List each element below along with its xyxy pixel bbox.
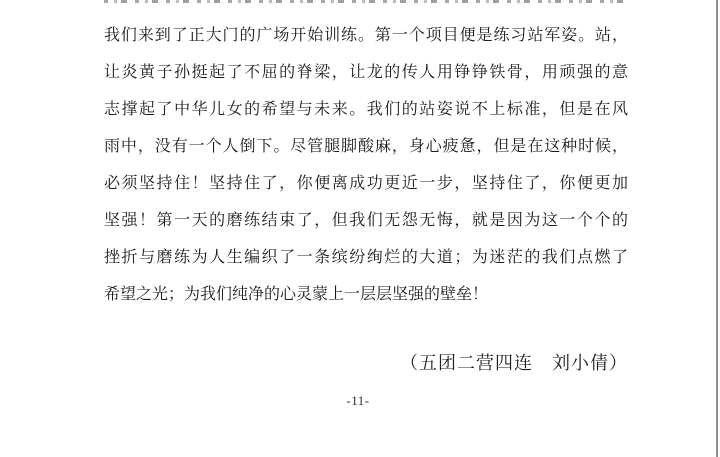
page-number: -11- <box>96 393 620 409</box>
paragraph-line: 希望之光；为我们纯净的心灵蒙上一层层坚强的壁垒！ <box>104 276 628 313</box>
paragraph-line: 雨中，没有一个人倒下。尽管腿脚酸麻，身心疲惫，但是在这种时候， <box>104 128 628 165</box>
paragraph-line: 志撑起了中华儿女的希望与未来。我们的站姿说不上标准，但是在风 <box>104 91 628 128</box>
document-page: 我们来到了正大门的广场开始训练。第一个项目便是练习站军姿。站， 让炎黄子孙挺起了… <box>0 0 720 457</box>
window-edge-divider <box>716 0 718 457</box>
author-signature: （五团二营四连 刘小倩） <box>104 351 628 375</box>
paragraph-line: 坚强！第一天的磨练结束了，但我们无怨无悔，就是因为这一个个的 <box>104 202 628 239</box>
essay-paragraph: 我们来到了正大门的广场开始训练。第一个项目便是练习站军姿。站， 让炎黄子孙挺起了… <box>104 17 628 313</box>
paragraph-line: 让炎黄子孙挺起了不屈的脊梁，让龙的传人用铮铮铁骨，用顽强的意 <box>104 54 628 91</box>
paragraph-line: 我们来到了正大门的广场开始训练。第一个项目便是练习站军姿。站， <box>104 17 628 54</box>
paragraph-line: 必须坚持住！坚持住了，你便离成功更近一步，坚持住了，你便更加 <box>104 165 628 202</box>
clipped-previous-line-fragments <box>104 0 628 3</box>
paragraph-line: 挫折与磨练为人生编织了一条缤纷绚烂的大道；为迷茫的我们点燃了 <box>104 239 628 276</box>
